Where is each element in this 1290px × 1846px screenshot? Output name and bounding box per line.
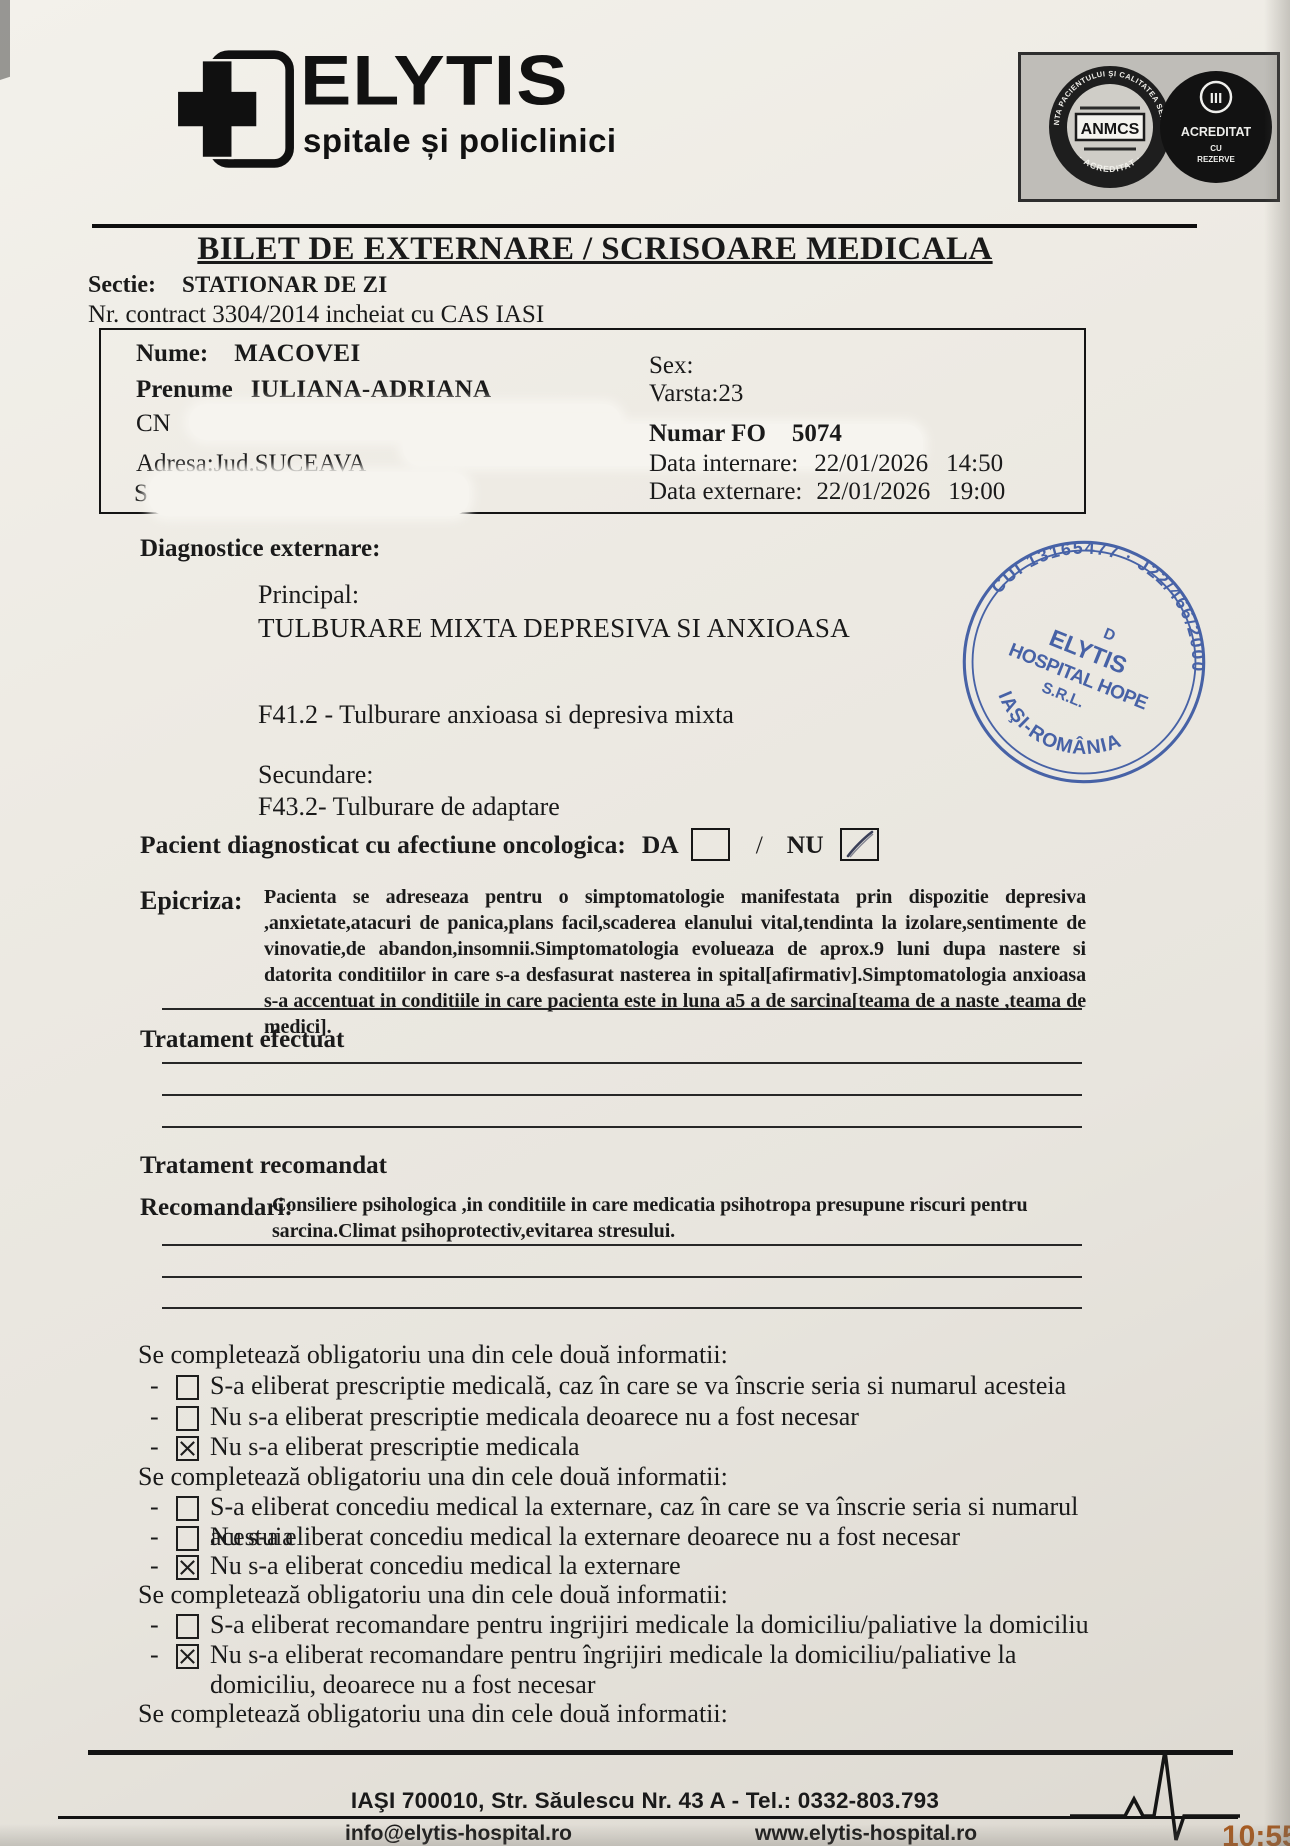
secundare-code: F43.2- Tulburare de adaptare <box>258 792 560 822</box>
list-dash: - <box>150 1492 164 1522</box>
internare-time: 14:50 <box>946 450 1003 477</box>
age-row: Varsta:23 <box>649 380 743 408</box>
document-photo: ELYTIS spitale și policlinici SIGURANTA … <box>0 0 1290 1846</box>
badge-level: III <box>1210 90 1223 107</box>
externare-time: 19:00 <box>948 478 1005 505</box>
list-dash: - <box>150 1522 164 1552</box>
list-dash: - <box>150 1640 164 1670</box>
checkbox-item: - Nu s-a eliberat concediu medical la ex… <box>150 1522 960 1552</box>
externare-date: 22/01/2026 <box>816 478 930 505</box>
tratament-efectuat-heading: Tratament efectuat <box>140 1026 344 1054</box>
fo-label: Numar FO <box>649 420 766 447</box>
varsta-label: Varsta: <box>649 380 718 407</box>
patient-name-row: Nume: MACOVEI <box>136 340 361 368</box>
title-rule <box>92 224 1197 228</box>
secundare-label: Secundare: <box>258 760 374 790</box>
oncology-da-checkbox <box>691 828 730 861</box>
ruled-line <box>162 1094 1082 1096</box>
stamp-d: D <box>1101 625 1118 645</box>
list-dash: - <box>150 1610 164 1640</box>
tratament-recomandat-heading: Tratament recomandat <box>140 1152 387 1180</box>
admission-row: Data internare: 22/01/2026 14:50 <box>649 450 1003 478</box>
photo-corner-shadow <box>0 0 10 80</box>
checkbox-checked <box>176 1436 199 1461</box>
externare-label: Data externare: <box>649 478 802 505</box>
nume-label: Nume: <box>136 340 208 367</box>
badge-rezerve: REZERVE <box>1197 155 1235 164</box>
checkbox-x-icon <box>178 1438 197 1459</box>
checkbox-unchecked <box>176 1406 199 1431</box>
checkbox-item: - Nu s-a eliberat prescriptie medicala <box>150 1432 580 1462</box>
nume-value: MACOVEI <box>234 340 360 367</box>
principal-code: F41.2 - Tulburare anxioasa si depresiva … <box>258 700 734 730</box>
checkbox-unchecked <box>176 1614 199 1639</box>
checkbox-item: - Nu s-a eliberat recomandare pentru îng… <box>150 1640 1090 1700</box>
checkbox-unchecked <box>176 1496 199 1521</box>
cnp-fragment: CN <box>136 410 171 438</box>
checkbox-label: Nu s-a eliberat concediu medical la exte… <box>210 1551 681 1581</box>
checkbox-item: - Nu s-a eliberat prescriptie medicala d… <box>150 1402 859 1432</box>
checkbox-item: - S-a eliberat recomandare pentru ingrij… <box>150 1610 1089 1640</box>
oncology-row: Pacient diagnosticat cu afectiune oncolo… <box>140 828 879 861</box>
checkbox-label: S-a eliberat recomandare pentru ingrijir… <box>210 1610 1089 1640</box>
epicriza-text: Pacienta se adreseaza pentru o simptomat… <box>264 884 1086 1040</box>
contract-line: Nr. contract 3304/2014 incheiat cu CAS I… <box>88 301 544 329</box>
sectie-row: Sectie:STATIONAR DE ZI <box>88 272 388 299</box>
mandatory-section-header: Se completează obligatoriu una din cele … <box>138 1580 728 1610</box>
principal-label: Principal: <box>258 580 359 610</box>
checkbox-item: - Nu s-a eliberat concediu medical la ex… <box>150 1551 681 1581</box>
mandatory-section-header: Se completează obligatoriu una din cele … <box>138 1340 728 1370</box>
ruled-line <box>162 1062 1082 1064</box>
page-title: BILET DE EXTERNARE / SCRISOARE MEDICALA <box>90 231 1100 268</box>
badge-cu: CU <box>1210 144 1222 153</box>
fo-value: 5074 <box>792 420 842 447</box>
varsta-value: 23 <box>718 380 743 407</box>
list-dash: - <box>150 1402 164 1432</box>
sectie-label: Sectie: <box>88 272 156 298</box>
ruled-line <box>162 1307 1082 1309</box>
patient-firstname-row: Prenume IULIANA-ADRIANA <box>136 376 491 404</box>
mandatory-section-header: Se completează obligatoriu una din cele … <box>138 1699 728 1729</box>
patient-info-box: Nume: MACOVEI Prenume IULIANA-ADRIANA CN… <box>99 328 1086 514</box>
oncology-nu-label: NU <box>787 830 824 860</box>
checkbox-label: S-a eliberat prescriptie medicală, caz î… <box>210 1371 1066 1401</box>
prenume-value: IULIANA-ADRIANA <box>251 376 492 403</box>
oncology-nu-checkbox <box>840 828 879 861</box>
oncology-question: Pacient diagnosticat cu afectiune oncolo… <box>140 830 626 860</box>
list-dash: - <box>150 1551 164 1581</box>
discharge-row: Data externare: 22/01/2026 19:00 <box>649 478 1005 506</box>
internare-label: Data internare: <box>649 450 798 477</box>
checkbox-unchecked <box>176 1526 199 1551</box>
checkbox-checked <box>176 1555 199 1580</box>
footer-rule-thin <box>58 1816 1238 1819</box>
internare-date: 22/01/2026 <box>814 450 928 477</box>
ruled-line <box>162 1276 1082 1278</box>
recomandari-label: Recomandari: <box>140 1194 293 1222</box>
brand-name: ELYTIS <box>300 40 569 121</box>
checkbox-label: Nu s-a eliberat prescriptie medicala <box>210 1432 580 1462</box>
mandatory-section-header: Se completează obligatoriu una din cele … <box>138 1462 728 1492</box>
checkbox-item: - S-a eliberat prescriptie medicală, caz… <box>150 1371 1066 1401</box>
checkbox-label: Nu s-a eliberat concediu medical la exte… <box>210 1522 960 1552</box>
checkbox-checked <box>176 1644 199 1669</box>
principal-diagnosis: TULBURARE MIXTA DEPRESIVA SI ANXIOASA <box>258 613 850 644</box>
address-line2-fragment: S <box>134 480 148 508</box>
list-dash: - <box>150 1371 164 1401</box>
address-redaction-2 <box>149 472 469 516</box>
diagnostics-heading: Diagnostice externare: <box>140 535 380 563</box>
anmcs-label: ANMCS <box>1081 121 1140 138</box>
checkbox-label: Nu s-a eliberat prescriptie medicala deo… <box>210 1402 859 1432</box>
ruled-line <box>162 1126 1082 1128</box>
list-dash: - <box>150 1432 164 1462</box>
handwritten-check-mark <box>842 830 877 859</box>
oncology-da-label: DA <box>642 830 679 860</box>
badge-accredited: ACREDITAT <box>1181 125 1252 139</box>
epicriza-label: Epicriza: <box>140 886 243 916</box>
checkbox-unchecked <box>176 1375 199 1400</box>
hospital-stamp: CUI 13165477 · J22/466/2000 IAŞI-ROMÂNIA… <box>916 494 1252 830</box>
ruled-line <box>162 1008 1082 1010</box>
sex-label: Sex: <box>649 352 693 380</box>
ruled-line <box>162 1244 1082 1246</box>
photo-edge-shadow <box>1264 0 1290 1846</box>
checkbox-x-icon <box>178 1646 197 1667</box>
oncology-slash: / <box>756 830 763 860</box>
checkbox-label: Nu s-a eliberat recomandare pentru îngri… <box>210 1640 1090 1700</box>
elytis-cross-icon <box>166 48 296 172</box>
checkbox-x-icon <box>178 1557 197 1578</box>
prenume-label: Prenume <box>136 376 233 403</box>
anmcs-accreditation-badge: SIGURANTA PACIENTULUI ŞI CALITATEA SERVI… <box>1018 52 1280 202</box>
recomandari-text: Consiliere psihologica ,in conditiile in… <box>272 1192 1084 1244</box>
photo-edge-shadow <box>0 1824 1290 1846</box>
fo-row: Numar FO 5074 <box>649 420 842 448</box>
brand-tagline: spitale și policlinici <box>303 122 617 160</box>
footer-rule-thick <box>88 1750 1233 1755</box>
sectie-value: STATIONAR DE ZI <box>182 272 388 297</box>
